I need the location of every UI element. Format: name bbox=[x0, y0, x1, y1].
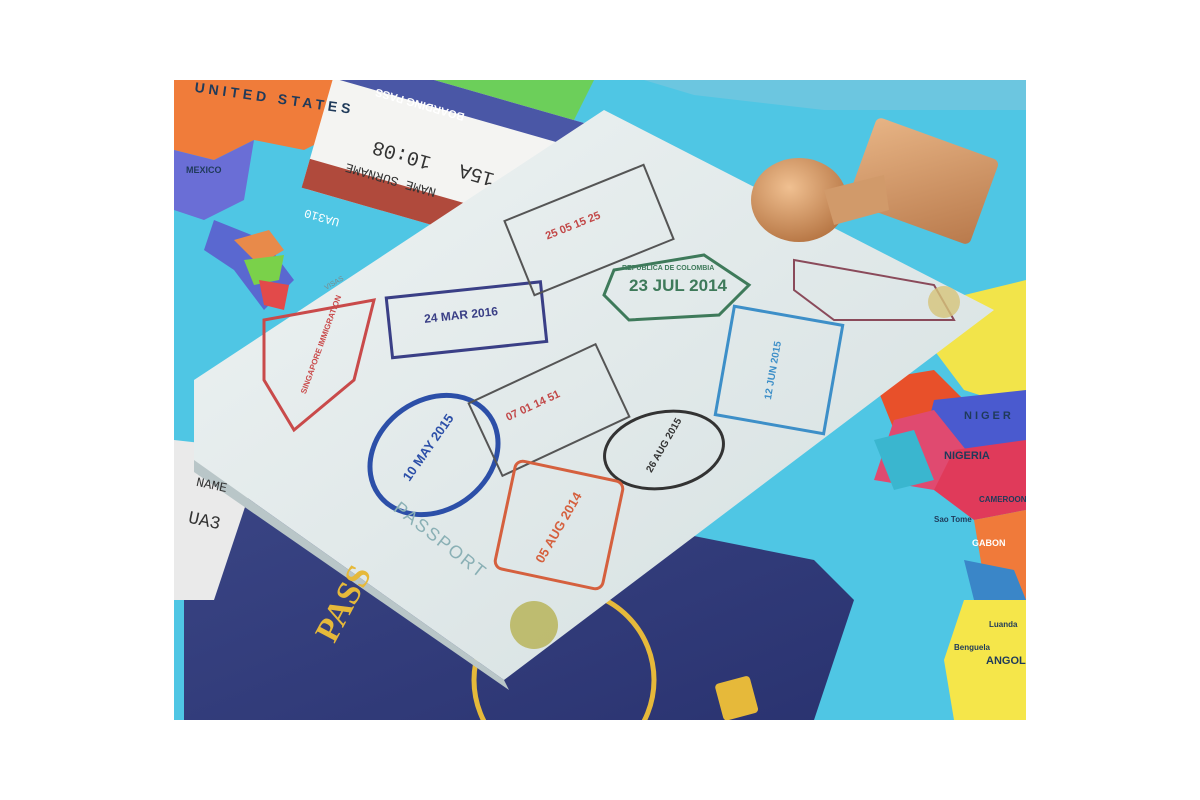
scene-illustration bbox=[174, 80, 1026, 720]
map-label-niger: NIGER bbox=[964, 410, 1014, 422]
map-label-angola: ANGOLA bbox=[986, 655, 1026, 667]
map-label-sao-tome: Sao Tome bbox=[934, 515, 972, 524]
map-label-luanda: Luanda bbox=[989, 620, 1017, 629]
map-label-benguela: Benguela bbox=[954, 643, 990, 652]
map-label-cameroon: CAMEROON bbox=[979, 495, 1026, 504]
stamp-colombia-date: 23 JUL 2014 bbox=[629, 276, 727, 296]
map-label-nigeria: NIGERIA bbox=[944, 450, 990, 462]
travel-photo: UNITED STATES MEXICO NIGERIA NIGER GABON… bbox=[174, 80, 1026, 720]
stamp-colombia-country: REPUBLICA DE COLOMBIA bbox=[622, 265, 714, 272]
map-label-mexico: MEXICO bbox=[186, 165, 222, 175]
map-label-gabon: GABON bbox=[972, 538, 1006, 548]
